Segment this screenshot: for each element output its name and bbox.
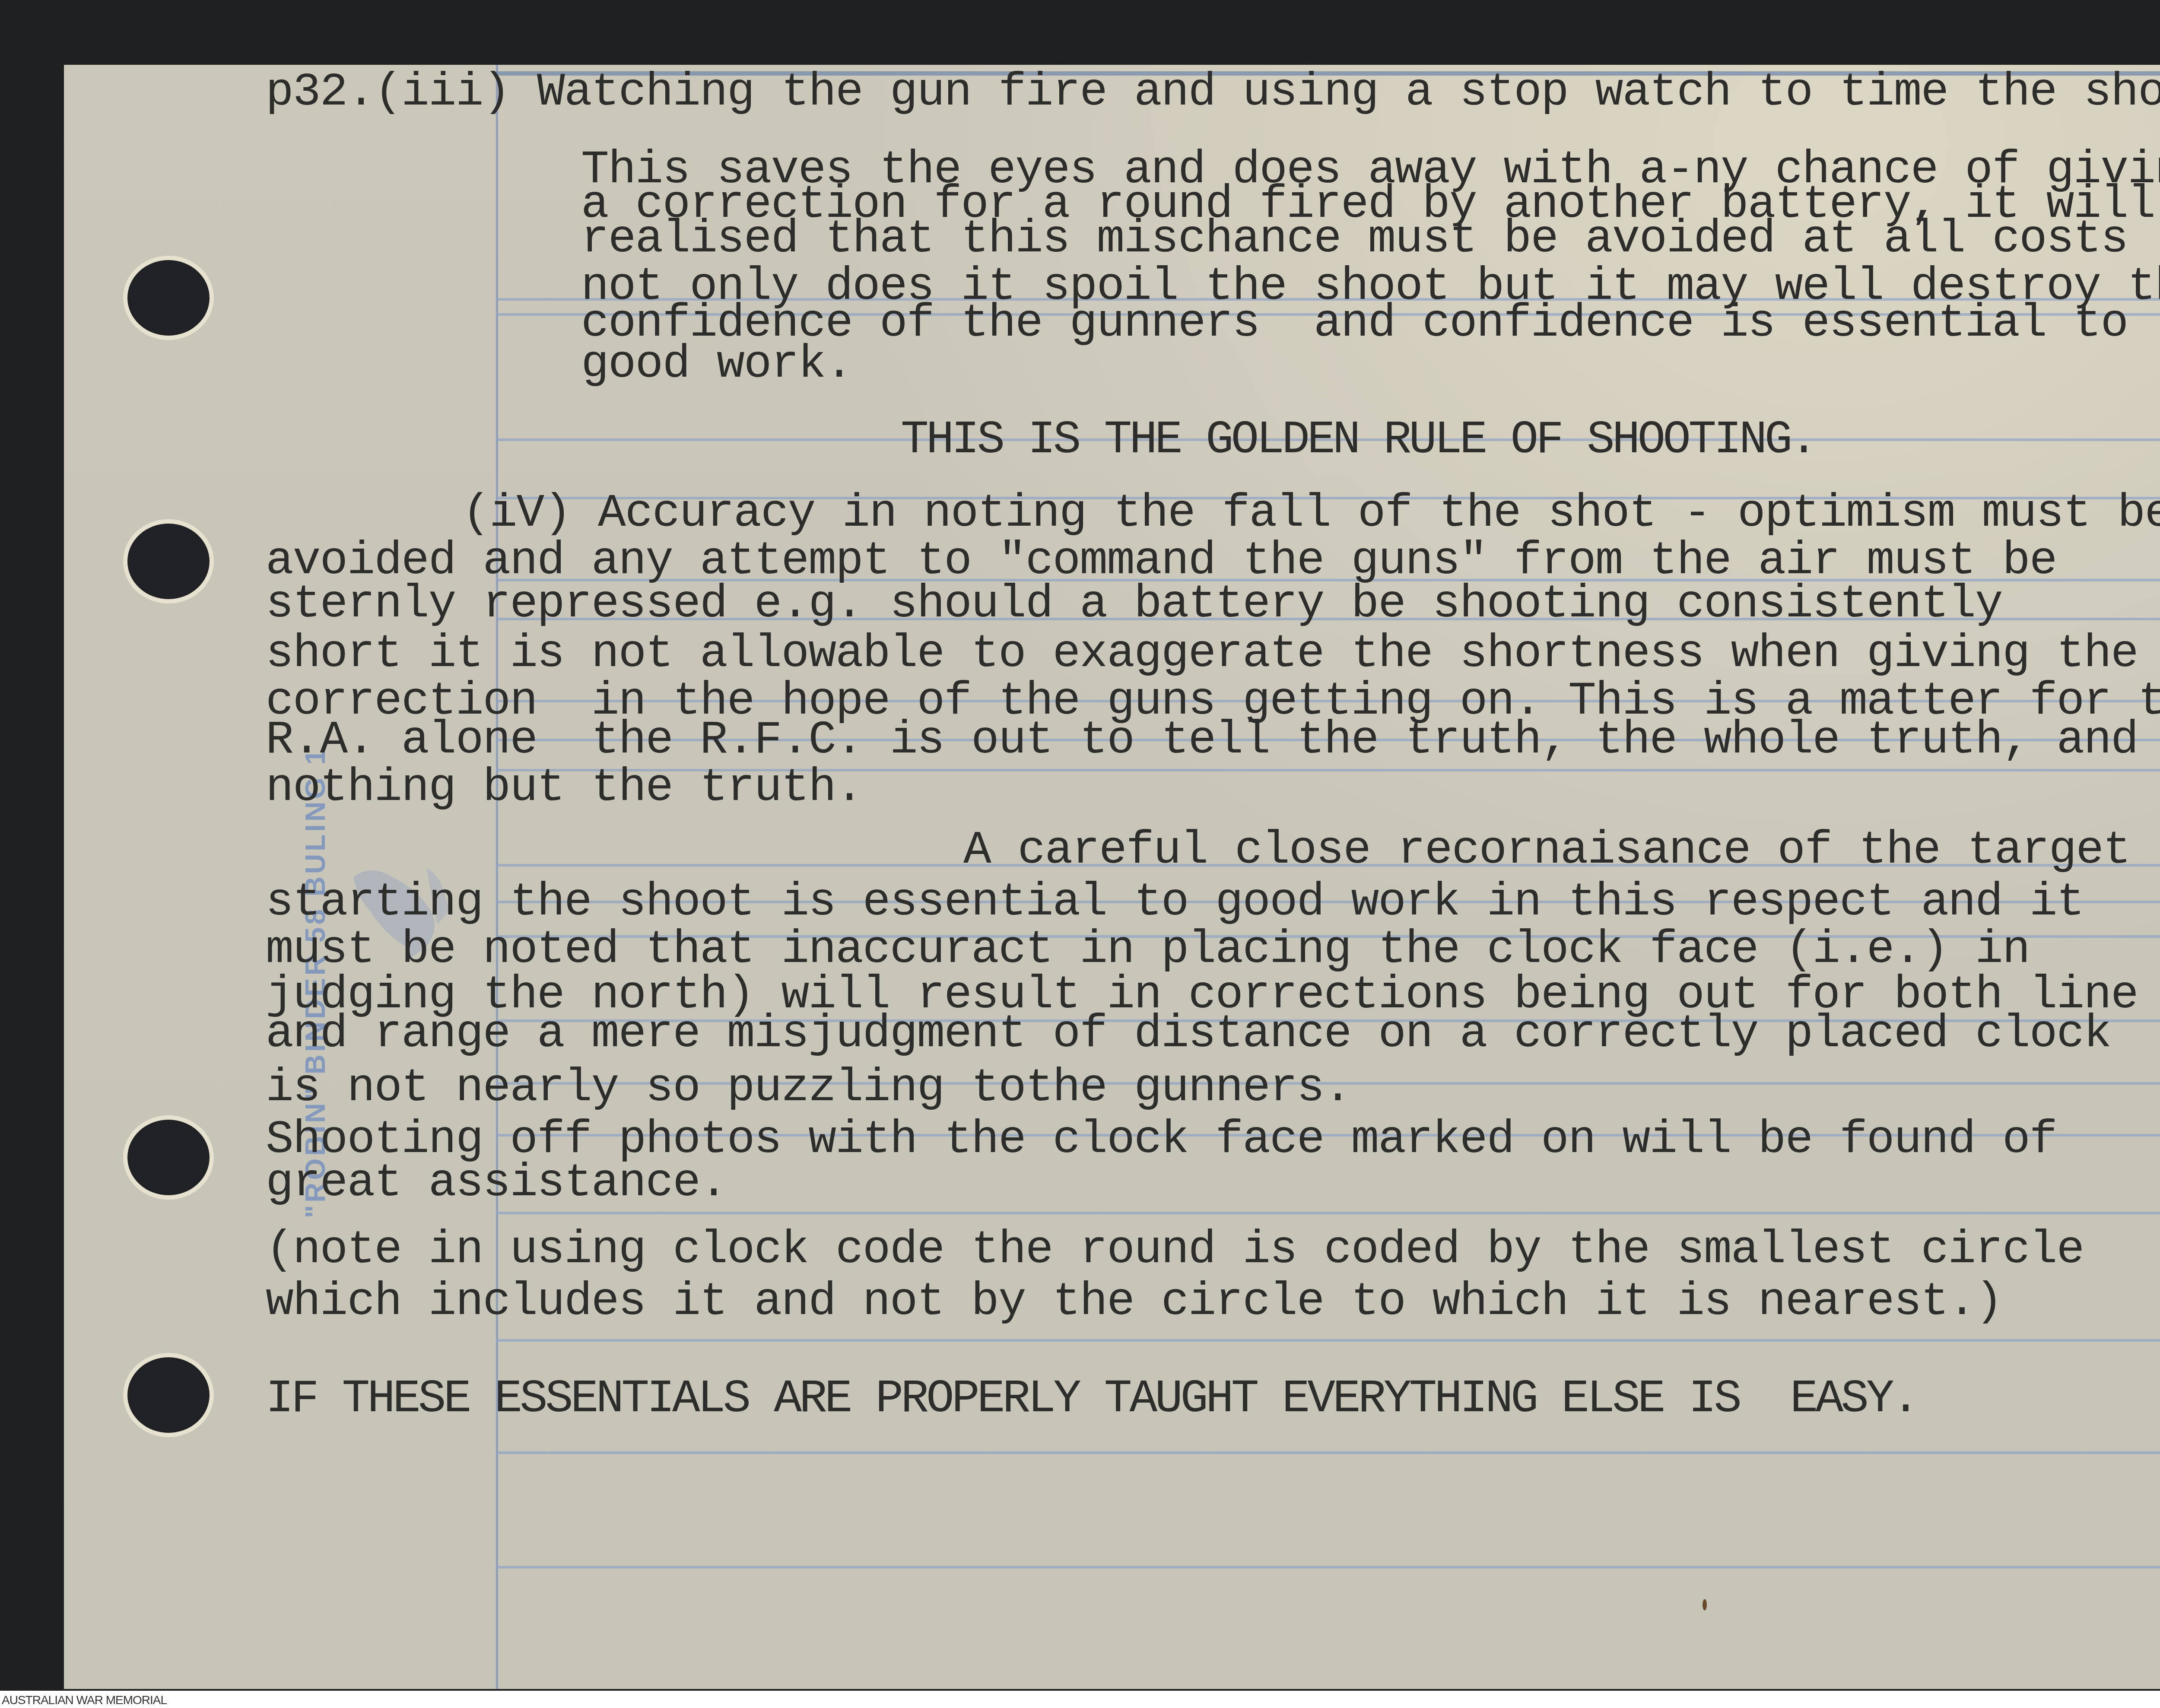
typed-line: p32.(iii) Watching the gun fire and usin… [266,69,2160,116]
typed-line: short it is not allowable to exaggerate … [266,631,2160,677]
hole-punch [127,1357,210,1433]
typed-line: great assistance. [266,1160,727,1206]
hole-punch [127,524,210,599]
footer-institution: AUSTRALIAN WAR MEMORIAL [2,1693,167,1707]
hole-punch [127,260,210,336]
typed-line: (iV) Accuracy in noting the fall of the … [462,490,2160,537]
typed-line: which includes it and not by the circle … [266,1279,2002,1325]
typed-line: Shooting off photos with the clock face … [266,1117,2057,1163]
typed-line: THIS IS THE GOLDEN RULE OF SHOOTING. [901,417,1815,464]
typed-line: good work. [581,341,852,388]
typed-line: and range a mere misjudgment of distance… [266,1011,2111,1057]
typed-line: R.A. alone the R.F.C. is out to tell the… [266,717,2138,764]
ink-spot [1703,1599,1707,1610]
typed-line: realised that this mischance must be avo… [581,216,2128,263]
typed-line: A careful close recornaisance of the tar… [963,827,2160,874]
typed-line: nothing but the truth. [266,765,863,811]
rule-line [496,1212,2160,1214]
typed-line: starting the shoot is essential to good … [266,879,2084,926]
typed-line: avoided and any attempt to "command the … [266,538,2057,584]
hole-punch [127,1120,210,1195]
rule-line [496,1451,2160,1454]
typed-line: (note in using clock code the round is c… [266,1227,2084,1273]
rule-line [496,1339,2160,1342]
typed-line: must be noted that inaccuract in placing… [266,927,2030,973]
typed-line: is not nearly so puzzling tothe gunners. [266,1065,1351,1111]
typed-line: sternly repressed e.g. should a battery … [266,581,2002,628]
typed-line: IF THESE ESSENTIALS ARE PROPERLY TAUGHT … [266,1376,1917,1422]
rule-line [496,1566,2160,1568]
index-card: "ROBIN" BINDER 58 BULING 1 p32.(iii) Wat… [64,65,2160,1689]
